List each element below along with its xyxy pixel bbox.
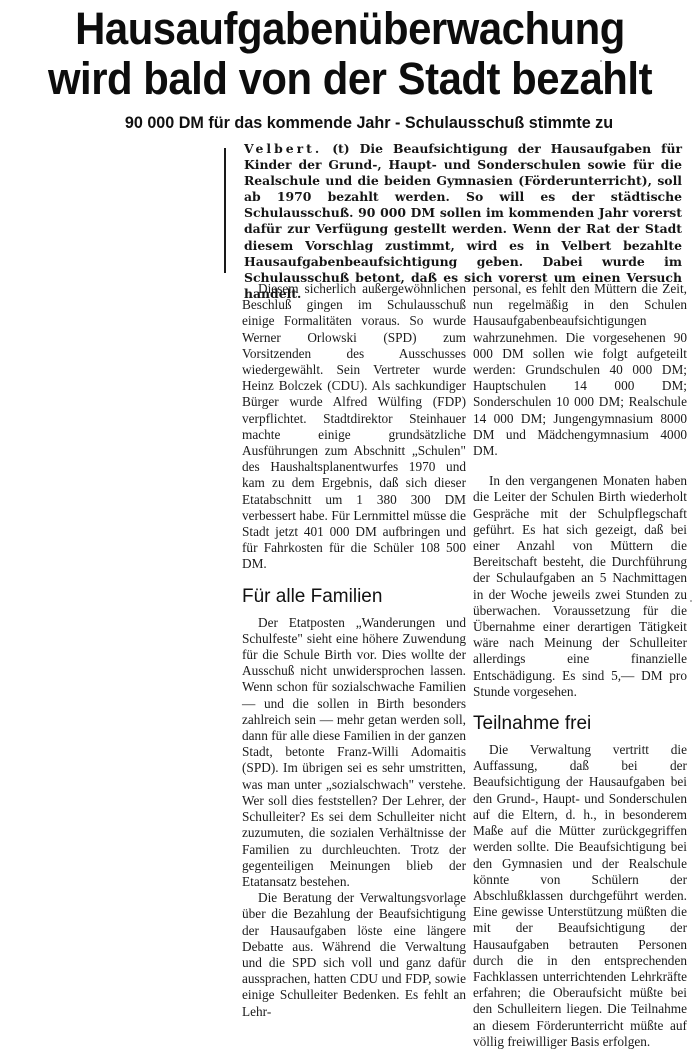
paragraph: Der Etatposten „Wanderungen und Schulfes… [242, 615, 466, 890]
lead-vertical-rule [224, 148, 226, 273]
article-subheadline: 90 000 DM für das kommende Jahr - Schula… [18, 112, 683, 134]
subsection-heading-teilnahme-frei: Teilnahme frei [473, 712, 687, 736]
paragraph: In den vergangenen Monaten haben die Lei… [473, 473, 687, 700]
scan-speck [600, 60, 602, 62]
article-headline: Hausaufgabenüberwachung wird bald von de… [25, 4, 676, 104]
scan-speck [455, 905, 457, 907]
subsection-heading-fuer-alle-familien: Für alle Familien [242, 585, 466, 609]
lead-text: (t) Die Beaufsichtigung der Hausaufgaben… [244, 141, 682, 301]
paragraph: Diesem sicherlich außergewöhnlichen Besc… [242, 281, 466, 573]
headline-line-1: Hausaufgabenüberwachung [25, 4, 676, 54]
paragraph: personal, es fehlt den Müttern die Zeit,… [473, 281, 687, 459]
paragraph: Die Verwaltung vertritt die Auffassung, … [473, 742, 687, 1050]
dateline: Velbert. [244, 141, 322, 156]
paragraph: Die Beratung der Verwaltungsvorlage über… [242, 890, 466, 1020]
headline-line-2: wird bald von der Stadt bezahlt [25, 54, 676, 104]
column-middle: Diesem sicherlich außergewöhnlichen Besc… [242, 281, 466, 1020]
scan-speck [690, 600, 692, 602]
article-lead: Velbert. (t) Die Beaufsichtigung der Hau… [244, 141, 682, 302]
column-right: personal, es fehlt den Müttern die Zeit,… [473, 281, 687, 1050]
